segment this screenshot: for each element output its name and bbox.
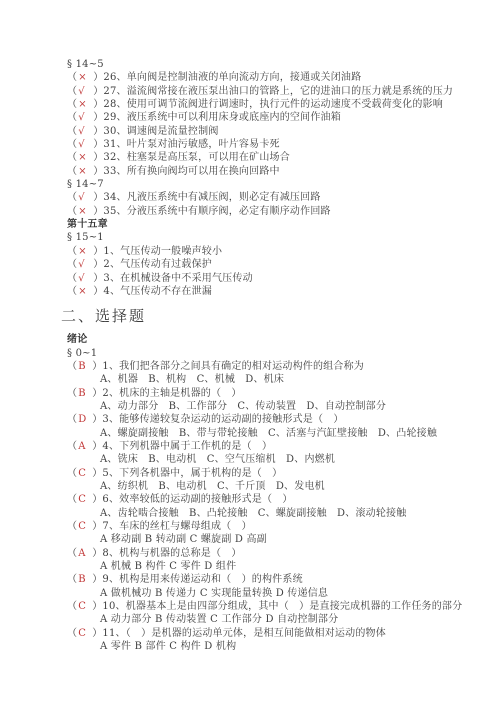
tf-item-text: 33、所有换向阀均可以用在换向回路中 (103, 166, 279, 177)
close-paren: ） (92, 521, 102, 532)
question-options: A 机械 B 构件 C 零件 D 组件 (67, 560, 490, 573)
tf-item-text: 32、柱塞泵是高压泵，可以用在矿山场合 (103, 152, 290, 163)
tf-item-27: （√）27、溢流阀常接在液压泵出油口的管路上，它的进油口的压力就是系统的压力 (67, 85, 490, 98)
choice-question-3: （D）3、能够传递较复杂运动的运动副的接触形式是（ ） (67, 413, 490, 426)
close-paren: ） (93, 192, 103, 203)
close-paren: ） (93, 259, 103, 270)
close-paren: ） (93, 273, 103, 284)
open-paren: （ (67, 126, 77, 137)
close-paren: ） (92, 414, 102, 425)
check-mark-icon: √ (77, 272, 93, 285)
open-paren: （ (67, 494, 77, 505)
question-options: A 零件 B 部件 C 构件 D 机构 (67, 640, 490, 653)
cross-mark-icon: × (77, 205, 93, 218)
answer-letter: C (77, 600, 92, 613)
open-paren: （ (67, 286, 77, 297)
close-paren: ） (92, 361, 102, 372)
cross-mark-icon: × (77, 71, 93, 84)
check-mark-icon: √ (77, 111, 93, 124)
question-text: 11、（ ）是机器的运动单元体，是相互间能做相对运动的物体 (102, 628, 386, 639)
open-paren: （ (67, 628, 77, 639)
answer-letter: D (77, 413, 92, 426)
tf-item-text: 3、在机械设备中不采用气压传动 (103, 273, 252, 284)
open-paren: （ (67, 548, 77, 559)
tf-item-1: （×）1、气压传动一般噪声较小 (67, 245, 490, 258)
answer-letter: C (77, 520, 92, 533)
check-mark-icon: √ (77, 85, 93, 98)
open-paren: （ (67, 601, 77, 612)
tf-item-30: （√）30、调速阀是流量控制阀 (67, 125, 490, 138)
question-text: 8、机构与机器的总称是（ ） (102, 548, 241, 559)
choice-question-1: （B）1、我们把各部分之间具有确定的相对运动构件的组合称为 (67, 360, 490, 373)
tf-item-text: 29、液压系统中可以利用床身或底座内的空间作油箱 (103, 112, 341, 123)
open-paren: （ (67, 192, 77, 203)
cross-mark-icon: × (77, 245, 93, 258)
tf-item-34: （√）34、凡液压系统中有减压阀，则必定有减压回路 (67, 191, 490, 204)
tf-item-3: （√）3、在机械设备中不采用气压传动 (67, 272, 490, 285)
tf-item-text: 31、叶片泵对油污敏感，叶片容易卡死 (103, 139, 279, 150)
cross-mark-icon: × (77, 165, 93, 178)
open-paren: （ (67, 521, 77, 532)
answer-letter: B (77, 573, 92, 586)
choice-question-2: （B）2、机床的主轴是机器的（ ） (67, 387, 490, 400)
tf-item-31: （√）31、叶片泵对油污敏感，叶片容易卡死 (67, 138, 490, 151)
question-text: 7、车床的丝杠与螺母组成（ ） (102, 521, 251, 532)
question-text: 3、能够传递较复杂运动的运动副的接触形式是（ ） (102, 414, 343, 425)
section-label: § 14~7 (67, 178, 490, 191)
close-paren: ） (92, 388, 102, 399)
tf-item-28: （×）28、使用可调节流阀进行调速时，执行元件的运动速度不受载荷变化的影响 (67, 98, 490, 111)
question-options: A、铣床 B、电动机 C、空气压缩机 D、内燃机 (67, 453, 490, 466)
question-text: 4、下列机器中属于工作机的是（ ） (102, 441, 272, 452)
answer-letter: B (77, 360, 92, 373)
open-paren: （ (67, 361, 77, 372)
tf-item-32: （×）32、柱塞泵是高压泵，可以用在矿山场合 (67, 151, 490, 164)
question-text: 2、机床的主轴是机器的（ ） (102, 388, 241, 399)
open-paren: （ (67, 112, 77, 123)
tf-item-text: 28、使用可调节流阀进行调速时，执行元件的运动速度不受载荷变化的影响 (103, 99, 443, 110)
open-paren: （ (67, 388, 77, 399)
tf-item-text: 30、调速阀是流量控制阀 (103, 126, 218, 137)
question-options: A、螺旋副接触 B、带与带轮接触 C、活塞与汽缸壁接触 D、凸轮接触 (67, 427, 490, 440)
check-mark-icon: √ (77, 258, 93, 271)
question-options: A 动力部分 B 传动装置 C 工作部分 D 自动控制部分 (67, 613, 490, 626)
close-paren: ） (92, 628, 102, 639)
section-label: § 15~1 (67, 231, 490, 244)
tf-item-29: （√）29、液压系统中可以利用床身或底座内的空间作油箱 (67, 111, 490, 124)
choice-question-6: （C）6、效率较低的运动副的接触形式是（ ） (67, 493, 490, 506)
close-paren: ） (92, 494, 102, 505)
choice-question-5: （C）5、下列各机器中，属于机构的是（ ） (67, 467, 490, 480)
close-paren: ） (92, 574, 102, 585)
open-paren: （ (67, 259, 77, 270)
answer-letter: A (77, 547, 92, 560)
close-paren: ） (92, 441, 102, 452)
question-options: A、纺织机 B、电动机 C、千斤顶 D、发电机 (67, 480, 490, 493)
cross-mark-icon: × (77, 151, 93, 164)
close-paren: ） (93, 126, 103, 137)
close-paren: ） (93, 246, 103, 257)
question-text: 10、机器基本上是由四部分组成，其中（ ）是直接完成机器的工作任务的部分 (102, 601, 462, 612)
answer-letter: A (77, 440, 92, 453)
check-mark-icon: √ (77, 125, 93, 138)
close-paren: ） (92, 468, 102, 479)
open-paren: （ (67, 468, 77, 479)
close-paren: ） (92, 548, 102, 559)
choice-question-7: （C）7、车床的丝杠与螺母组成（ ） (67, 520, 490, 533)
close-paren: ） (93, 166, 103, 177)
cross-mark-icon: × (77, 98, 93, 111)
choice-section-heading: 二、选择题 (61, 308, 490, 324)
tf-item-text: 27、溢流阀常接在液压泵出油口的管路上，它的进油口的压力就是系统的压力 (103, 86, 453, 97)
question-options: A、齿轮啮合接触 B、凸轮接触 C、螺旋副接触 D、滚动轮接触 (67, 507, 490, 520)
tf-item-text: 34、凡液压系统中有减压阀，则必定有减压回路 (103, 192, 320, 203)
open-paren: （ (67, 246, 77, 257)
choice-question-11: （C）11、（ ）是机器的运动单元体，是相互间能做相对运动的物体 (67, 627, 490, 640)
tf-item-text: 1、气压传动一般噪声较小 (103, 246, 222, 257)
close-paren: ） (93, 206, 103, 217)
question-text: 5、下列各机器中，属于机构的是（ ） (102, 468, 282, 479)
intro-heading: 绪论 (67, 333, 490, 346)
open-paren: （ (67, 574, 77, 585)
choice-question-9: （B）9、机构是用来传递运动和（ ）的构件系统 (67, 573, 490, 586)
choice-question-10: （C）10、机器基本上是由四部分组成，其中（ ）是直接完成机器的工作任务的部分 (67, 600, 490, 613)
tf-item-33: （×）33、所有换向阀均可以用在换向回路中 (67, 165, 490, 178)
question-options: A 移动副 B 转动副 C 螺旋副 D 高副 (67, 533, 490, 546)
question-text: 1、我们把各部分之间具有确定的相对运动构件的组合称为 (102, 361, 364, 372)
close-paren: ） (93, 99, 103, 110)
close-paren: ） (92, 601, 102, 612)
cross-mark-icon: × (77, 285, 93, 298)
answer-letter: C (77, 467, 92, 480)
open-paren: （ (67, 152, 77, 163)
open-paren: （ (67, 139, 77, 150)
check-mark-icon: √ (77, 138, 93, 151)
open-paren: （ (67, 72, 77, 83)
tf-item-26: （×）26、单向阀是控制油液的单向流动方向，接通或关闭油路 (67, 71, 490, 84)
section-label: § 14~5 (67, 58, 490, 71)
document-page: § 14~5（×）26、单向阀是控制油液的单向流动方向，接通或关闭油路（√）27… (0, 0, 500, 707)
true-false-question-list: § 14~5（×）26、单向阀是控制油液的单向流动方向，接通或关闭油路（√）27… (67, 58, 490, 298)
choice-question-8: （A）8、机构与机器的总称是（ ） (67, 547, 490, 560)
answer-letter: B (77, 387, 92, 400)
close-paren: ） (93, 152, 103, 163)
tf-item-4: （×）4、气压传动不存在泄漏 (67, 285, 490, 298)
close-paren: ） (93, 86, 103, 97)
open-paren: （ (67, 166, 77, 177)
question-options: A、动力部分 B、工作部分 C、传动装置 D、自动控制部分 (67, 400, 490, 413)
document-body: § 14~5（×）26、单向阀是控制油液的单向流动方向，接通或关闭油路（√）27… (0, 0, 500, 653)
open-paren: （ (67, 99, 77, 110)
check-mark-icon: √ (77, 191, 93, 204)
close-paren: ） (93, 72, 103, 83)
multiple-choice-question-list: （B）1、我们把各部分之间具有确定的相对运动构件的组合称为A、机器 B、机构 C… (67, 360, 490, 654)
answer-letter: C (77, 627, 92, 640)
close-paren: ） (93, 112, 103, 123)
answer-letter: C (77, 493, 92, 506)
tf-item-text: 35、分液压系统中有顺序阀，必定有顺序动作回路 (103, 206, 330, 217)
question-options: A、机器 B、机构 C、机械 D、机床 (67, 373, 490, 386)
chapter-heading: 第十五章 (67, 218, 490, 231)
close-paren: ） (93, 139, 103, 150)
question-options: A 做机械功 B 传递力 C 实现能量转换 D 传递信息 (67, 587, 490, 600)
open-paren: （ (67, 206, 77, 217)
tf-item-35: （×）35、分液压系统中有顺序阀，必定有顺序动作回路 (67, 205, 490, 218)
question-text: 9、机构是用来传递运动和（ ）的构件系统 (102, 574, 302, 585)
section-label-0-1: § 0~1 (67, 347, 490, 360)
open-paren: （ (67, 414, 77, 425)
close-paren: ） (93, 286, 103, 297)
question-text: 6、效率较低的运动副的接触形式是（ ） (102, 494, 292, 505)
tf-item-text: 26、单向阀是控制油液的单向流动方向，接通或关闭油路 (103, 72, 361, 83)
open-paren: （ (67, 441, 77, 452)
open-paren: （ (67, 86, 77, 97)
tf-item-text: 2、气压传动有过载保护 (103, 259, 212, 270)
choice-question-4: （A）4、下列机器中属于工作机的是（ ） (67, 440, 490, 453)
open-paren: （ (67, 273, 77, 284)
tf-item-2: （√）2、气压传动有过载保护 (67, 258, 490, 271)
tf-item-text: 4、气压传动不存在泄漏 (103, 286, 212, 297)
